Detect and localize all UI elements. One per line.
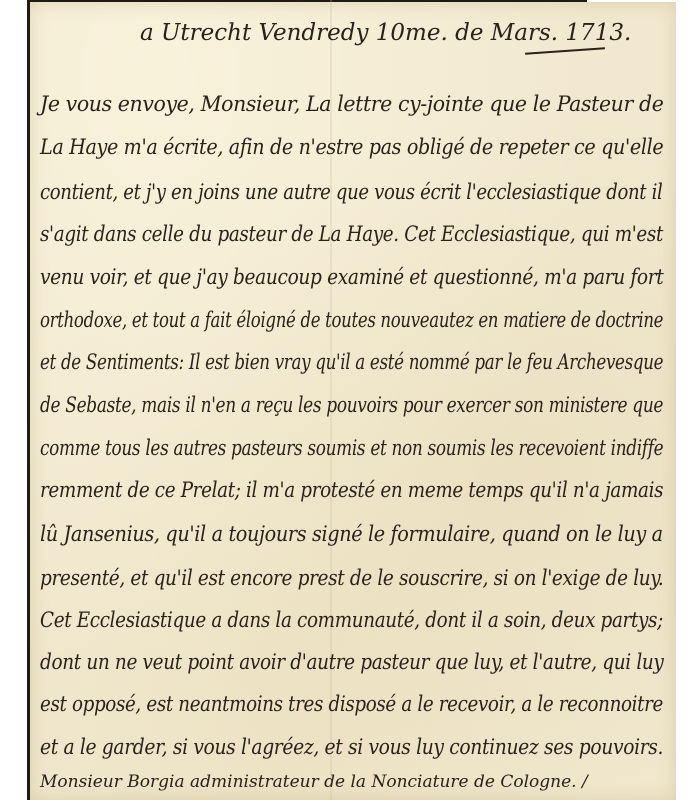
letter-line-16: et a le garder, si vous l'agréez, et si … [40,735,663,759]
letter-line-8: de Sebaste, mais il n'en a reçu les pouv… [40,393,663,417]
letter-line-15: est opposé, est neantmoins tres disposé … [40,692,663,716]
letter-address-line: Monsieur Borgia administrateur de la Non… [40,772,588,792]
letter-line-5: venu voir, et que j'ay beaucoup examiné … [40,265,663,289]
letter-line-4: s'agit dans celle du pasteur de La Haye.… [40,222,663,246]
letter-line-14: dont un ne veut point avoir d'autre past… [40,650,663,674]
letter-line-10: remment de ce Prelat; il m'a protesté en… [40,478,663,502]
letter-line-11: lû Jansenius, qu'il a toujours signé le … [40,522,663,546]
letter-line-1: Je vous envoye, Monsieur, La lettre cy-j… [40,92,663,116]
letter-dateline: a Utrecht Vendredy 10me. de Mars. 1713. [140,20,631,46]
letter-line-3: contient, et j'y en joins une autre que … [40,180,662,204]
letter-line-12: presenté, et qu'il est encore prest de l… [40,566,663,590]
letter-line-2: La Haye m'a écrite, afin de n'estre pas … [40,135,663,159]
letter-line-7: et de Sentiments: Il est bien vray qu'il… [40,350,663,374]
letter-line-13: Cet Ecclesiastique a dans la communauté,… [40,608,663,632]
letter-line-6: orthodoxe, et tout a fait éloigné de tou… [40,308,663,332]
letter-line-9: comme tous les autres pasteurs soumis et… [40,436,663,460]
